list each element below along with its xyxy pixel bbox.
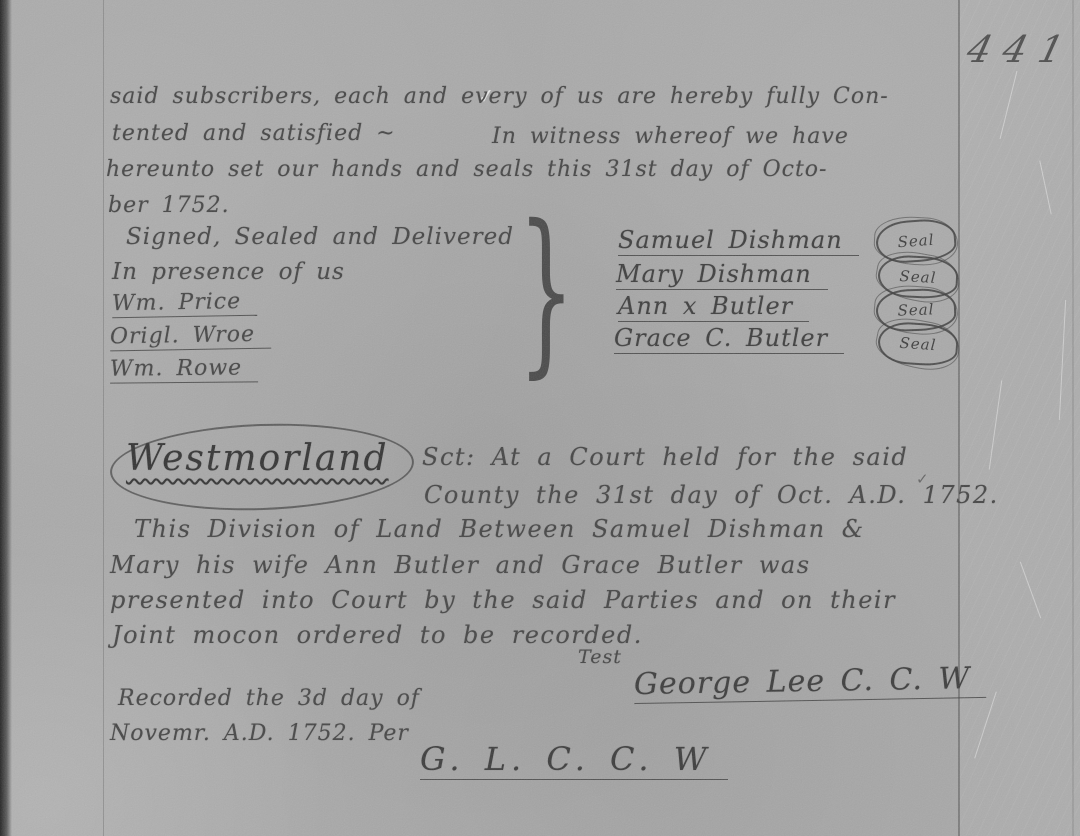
opening-line-1: said subscribers, each and every of us a… (110, 84, 889, 109)
page-right-margin-area (959, 0, 1080, 836)
recorded-line-1: Recorded the 3d day of (118, 686, 420, 711)
clerk-signature: George Lee C. C. W (634, 661, 987, 704)
right-margin-rule (958, 0, 960, 836)
attestation-line-2: In presence of us (112, 259, 345, 285)
opening-line-4: ber 1752. (108, 193, 230, 218)
court-body-line-4: Joint mocon ordered to be recorded. (112, 621, 643, 649)
attestation-line-1: Signed, Sealed and Delivered (126, 224, 514, 250)
seal-label: Seal (897, 231, 935, 252)
court-line-2: County the 31st day of Oct. A.D. 1752. (424, 481, 999, 509)
party-signature: Ann x Butler (618, 292, 809, 322)
party-signature: Grace C. Butler (614, 324, 844, 354)
left-margin-rule (103, 0, 104, 836)
party-signature: Samuel Dishman (618, 226, 859, 256)
witness-signature: Origl. Wroe (110, 322, 272, 352)
book-gutter-shadow (0, 0, 12, 836)
document-page: ✓ ✓ 441 said subscribers, each and every… (0, 0, 1080, 836)
seal-label: Seal (897, 300, 935, 319)
opening-line-3: hereunto set our hands and seals this 31… (106, 157, 827, 182)
page-number: 441 (963, 28, 1080, 71)
court-body-line-2: Mary his wife Ann Butler and Grace Butle… (110, 551, 811, 579)
seal-badge: Seal (877, 320, 960, 367)
court-body-line-3: presented into Court by the said Parties… (110, 586, 896, 614)
opening-line-2a: tented and satisfied ~ (112, 121, 396, 146)
far-right-rule (1072, 0, 1074, 836)
opening-line-2b: In witness whereof we have (492, 124, 849, 149)
county-name: Westmorland (126, 438, 389, 479)
clerk-initials: G. L. C. C. W (420, 740, 728, 780)
court-body-line-1: This Division of Land Between Samuel Dis… (134, 515, 865, 543)
recorded-line-2: Novemr. A.D. 1752. Per (110, 721, 409, 746)
witness-signature: Wm. Price (112, 289, 258, 319)
seal-label: Seal (899, 334, 937, 355)
party-signature: Mary Dishman (616, 260, 828, 290)
brace-flourish: } (518, 202, 575, 380)
test-label: Test (578, 646, 622, 668)
witness-signature: Wm. Rowe (110, 355, 258, 383)
court-line-1: Sct: At a Court held for the said (422, 443, 908, 471)
seal-label: Seal (899, 267, 937, 287)
